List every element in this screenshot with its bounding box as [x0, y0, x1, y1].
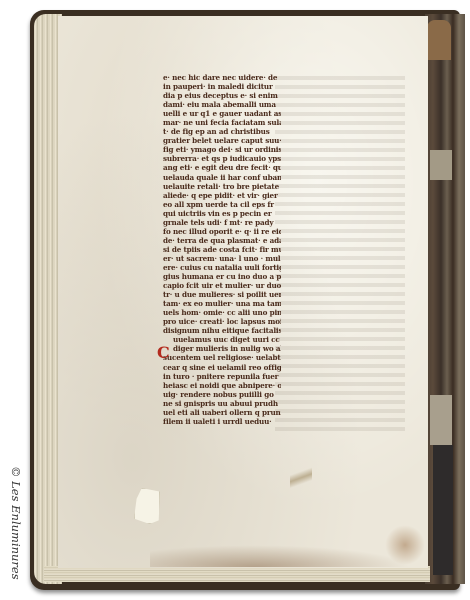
- text-line: in turo · pnitere repunila fuer: [163, 372, 281, 381]
- text-line: ere· cuius cu natalia uuli fortig: [163, 263, 281, 272]
- text-line: uelauda quale ii har conf uban: [163, 173, 281, 182]
- text-line: sucentem uel religiose· uelabt: [163, 353, 281, 362]
- text-line: dami· eiu mala abemalli uma: [163, 100, 281, 109]
- red-initial: C: [157, 343, 170, 362]
- text-line: uelauite retali· tro bre pietate le: [163, 182, 281, 191]
- text-line: in pauperi· in maledi dicitur: [163, 82, 281, 91]
- text-line: tr· u due mulieres· si poilit uer: [163, 290, 281, 299]
- text-line: mar· ne uni fecia faciatam sula: [163, 118, 281, 127]
- page-edges-bottom: [44, 566, 430, 582]
- text-line: aliede· q epe pidit· et vir· gier: [163, 191, 281, 200]
- bleed-through-text: [275, 76, 405, 436]
- manuscript-photograph: e· nec hic dare nec uidere· dein pauperi…: [0, 0, 470, 600]
- text-line: heiasc ei noidi que abnipere· ol: [163, 381, 281, 390]
- text-line: ang eti· e egit deu dre fecit· qu re: [163, 163, 281, 172]
- leather-patch: [427, 20, 451, 60]
- text-line: ne si gnispris uu abuui prudh: [163, 399, 281, 408]
- text-line: subrerra· et qs p iudicauio ypsa: [163, 154, 281, 163]
- text-line: uels hom· omie· cc alii uno pina: [163, 308, 281, 317]
- text-line: gratier belet uelare caput suu· g: [163, 136, 281, 145]
- text-line: grnale tels udi· f mt· re pady: [163, 218, 281, 227]
- text-line: gius humana er cu ino duo a pr: [163, 272, 281, 281]
- text-line: de· terra de qua plasmat· e ada: [163, 236, 281, 245]
- text-line: uuelamus uuc diget uuri cc al: [163, 335, 281, 344]
- text-line: diger mulieris in nulig wo ab: [163, 344, 281, 353]
- text-line: t· de fig ep an ad christibus: [163, 127, 281, 136]
- text-line: uelli e ur q1 e gauer uadant asi: [163, 109, 281, 118]
- text-line: qui uictriis vin es p pecin er: [163, 209, 281, 218]
- copyright-credit: © Les Enluminures: [5, 466, 27, 596]
- text-column: e· nec hic dare nec uidere· dein pauperi…: [163, 73, 281, 443]
- text-line: disignum nihu eitique facitalis: [163, 326, 281, 335]
- credit-text: © Les Enluminures: [9, 466, 23, 580]
- water-stain: [150, 545, 410, 567]
- text-line: eo all xpm uerde ta cil eps fr: [163, 200, 281, 209]
- text-line: uel eti ali uaberi ollern q pruni: [163, 408, 281, 417]
- text-line: filem ii ualeti i urrdl ueduu·: [163, 417, 281, 426]
- text-line: cear q sine ei uelamil reo offig: [163, 363, 281, 372]
- text-line: tam· ex eo mulier· una ma tam: [163, 299, 281, 308]
- parchment-tear: [290, 462, 312, 498]
- text-line: pro uice· creati· loc lapsus moilis: [163, 317, 281, 326]
- worn-patch: [430, 150, 452, 180]
- text-line: si de tpiis ade costa fcit· fir mul: [163, 245, 281, 254]
- worn-patch: [430, 395, 452, 445]
- water-stain: [385, 525, 425, 565]
- text-line: fig eti· ymago dei· si ur ordinis ee: [163, 145, 281, 154]
- text-line: er· ut sacrem· una· l uno · mul: [163, 254, 281, 263]
- text-line: fo nec illud oporit e· q· ii re eid: [163, 227, 281, 236]
- text-line: e· nec hic dare nec uidere· de: [163, 73, 281, 82]
- text-line: capio fcit uir et mulier· ur duo in: [163, 281, 281, 290]
- text-line: uig· rendere nobus puiilli go: [163, 390, 281, 399]
- text-line: dia p eius deceptus e· si enim: [163, 91, 281, 100]
- dark-board: [433, 445, 453, 575]
